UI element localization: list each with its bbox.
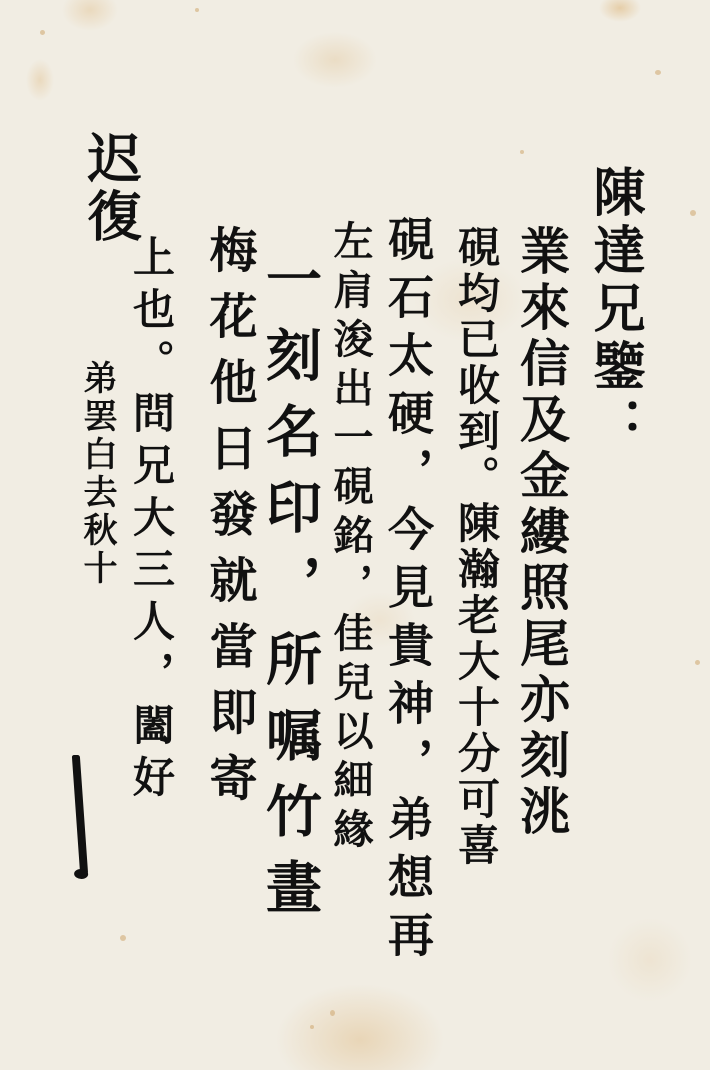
letter-column-4: 硯石太硬，今見貴神，弟想再 [385, 215, 431, 969]
paper-stain [690, 210, 696, 216]
letter-signature: 弟罢白去秋十 [80, 360, 114, 588]
paper-stain [40, 30, 45, 35]
letter-column-5: 左肩浚出一硯銘，佳兒以細緣 [330, 220, 370, 857]
letter-side-note: 迟復 [84, 130, 138, 246]
letter-column-2: 業來信及金縷照尾亦刻洮 [516, 225, 566, 841]
letter-column-salutation: 陳達兄鑒： [588, 165, 640, 455]
letter-column-7: 梅花他日發就當即寄 [205, 225, 253, 819]
letter-column-3: 硯均已收到。陳瀚老大十分可喜 [455, 225, 497, 869]
paper-stain [655, 70, 661, 75]
paper-stain [695, 660, 700, 665]
paper-stain [520, 150, 524, 154]
letter-column-8: 上也。問兄大三人，闔好 [130, 235, 172, 807]
paper-stain [120, 935, 126, 941]
paper-stain [310, 1025, 314, 1029]
paper-stain [330, 1010, 335, 1016]
paper-stain [195, 8, 199, 12]
letter-column-6: 一刻名印，所嘱竹畫 [262, 250, 318, 934]
